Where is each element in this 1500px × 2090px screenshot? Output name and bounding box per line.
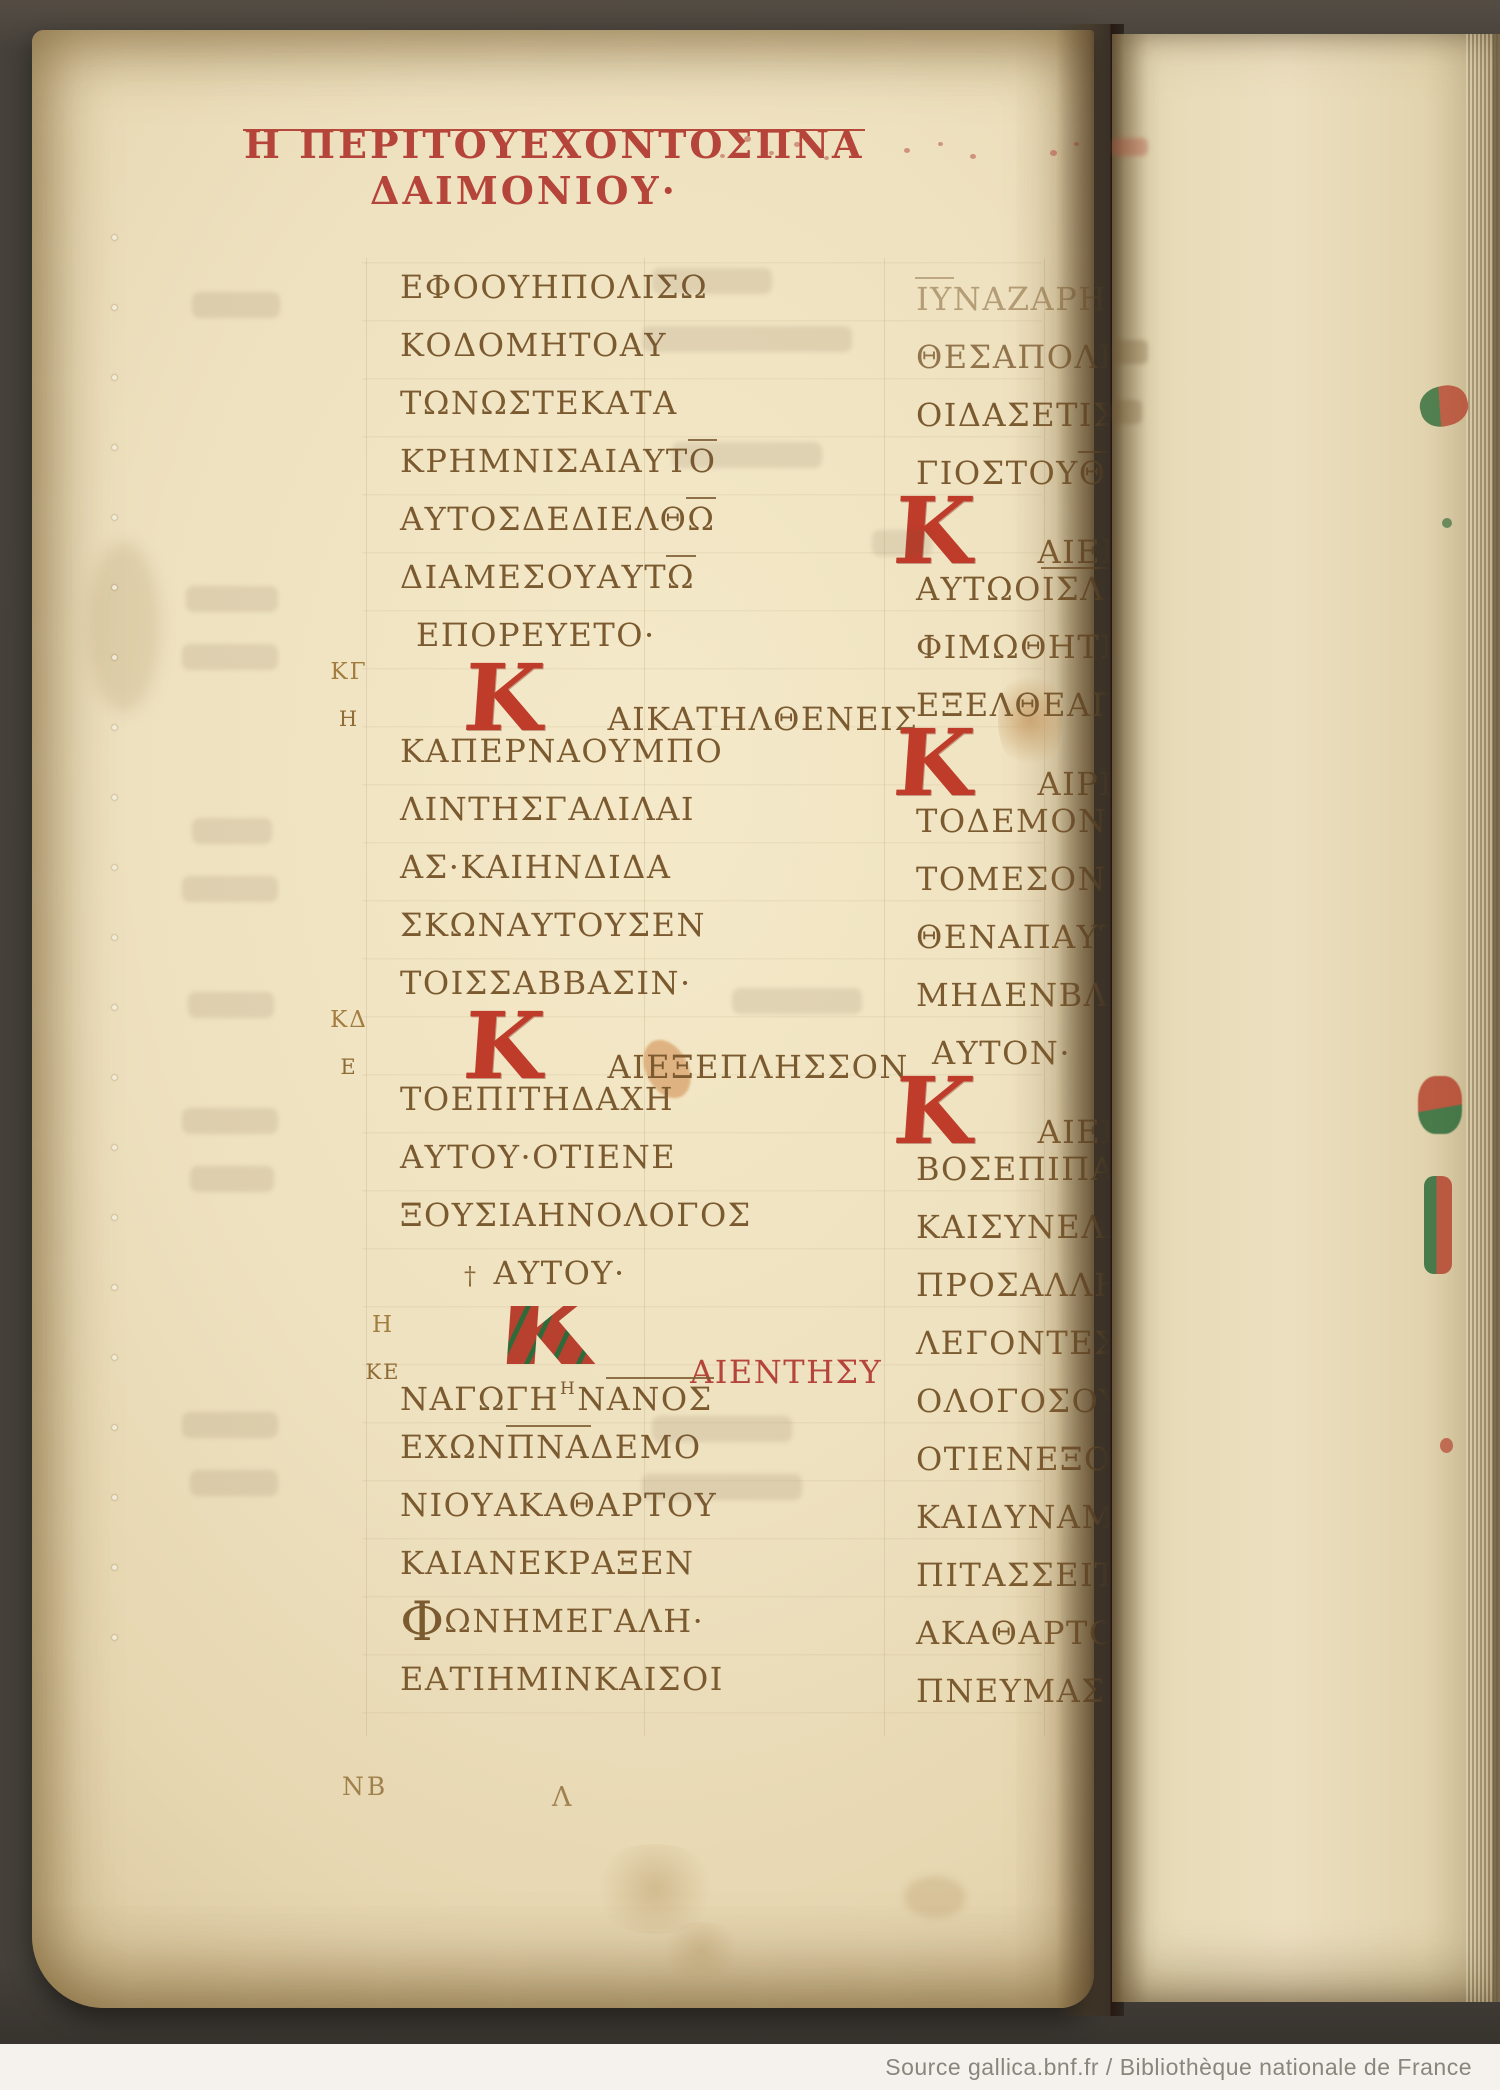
- text-run: Ο: [453, 258, 481, 316]
- chapter-initial: Κ: [892, 734, 978, 792]
- text-run: ΤΩΝΩΣΤΕΚΑΤΑ: [400, 374, 678, 432]
- ornament-bleed-mark: [1440, 1438, 1453, 1453]
- pricking-hole: [112, 515, 117, 520]
- pricking-hole: [112, 305, 117, 310]
- bleedthrough-ghost: [642, 1474, 802, 1500]
- bleedthrough-ghost: [182, 876, 278, 902]
- text-run: ΤΟΕΠΙΤΗΔΑΧΗ: [400, 1070, 674, 1128]
- chapter-initial: Κ: [462, 669, 548, 727]
- bleedthrough-ghost: [1112, 138, 1148, 156]
- manuscript-text-line: ΔΙΑΜΕΣΟΥΑΥΤΩ: [400, 548, 918, 606]
- text-run: ΑΥΤΩΟ: [916, 560, 1042, 618]
- text-run: Η: [560, 1360, 576, 1418]
- pricking-hole: [112, 235, 117, 240]
- facing-page-edge: [1112, 34, 1500, 2002]
- pricking-hole: [112, 1495, 117, 1500]
- manuscript-text-line: ΤΟΕΠΙΤΗΔΑΧΗ: [400, 1070, 918, 1128]
- bleedthrough-ghost: [642, 326, 852, 352]
- rubric-bleed-speck: [970, 154, 976, 159]
- ornament-bleed-mark: [1424, 1176, 1452, 1274]
- quire-signature: ΝΒ: [342, 1772, 388, 1801]
- text-run: ΑΥΤΟΣΔΕΔΙΕΛΘ: [400, 490, 687, 548]
- text-run: ΠΝΑ: [755, 122, 864, 167]
- bleedthrough-ghost: [872, 530, 932, 556]
- text-run: ΠΝΑ: [507, 1418, 591, 1476]
- pricking-hole: [112, 1215, 117, 1220]
- chapter-initial: Κ: [486, 1306, 620, 1364]
- bleedthrough-ghost: [732, 988, 862, 1014]
- text-run: ΕΑΤΙΗΜΙΝΚΑΙΣΟΙ: [400, 1650, 724, 1708]
- text-run: Ω: [687, 490, 715, 548]
- digitized-manuscript-photo: Η ΠΕΡΙΤΟΥΕΧΟΝΤΟΣΠΝΑ ΔΑΙΜΟΝΙΟΥ· ΕΦΟΟΥΗΠΟΛ…: [0, 0, 1500, 2090]
- ruling-vertical: [366, 258, 367, 1736]
- parchment-stain: [904, 1876, 966, 1918]
- text-run: ΔΙΑΜΕΣΟΥΑΥΤ: [400, 548, 667, 606]
- pricking-hole: [112, 585, 117, 590]
- bleedthrough-ghost: [182, 1108, 278, 1134]
- bleedthrough-ghost: [1112, 400, 1142, 424]
- text-run: ΚΑΙΑΝΕΚΡΑΞΕΝ: [400, 1534, 695, 1592]
- pricking-hole: [112, 655, 117, 660]
- pricking-hole: [112, 1005, 117, 1010]
- manuscript-text-line: ΣΚΩΝΑΥΤΟΥΣΕΝ: [400, 896, 918, 954]
- pricking-hole: [112, 1565, 117, 1570]
- bleedthrough-ghost: [672, 442, 822, 468]
- manuscript-text-line: ΑΥΤΟΣΔΕΔΙΕΛΘΩ: [400, 490, 918, 548]
- ornament-bleed-mark: [1442, 518, 1452, 528]
- parchment-stain: [658, 1922, 744, 1980]
- pricking-hole: [112, 1635, 117, 1640]
- rubric-bleed-speck: [692, 142, 698, 147]
- rubric-bleed-speck: [904, 148, 910, 153]
- text-run: Φ: [400, 1593, 444, 1651]
- bleedthrough-ghost: [652, 1416, 792, 1442]
- bleedthrough-ghost: [190, 1166, 274, 1192]
- chapter-number-margin: ΚΓΗ: [306, 660, 392, 732]
- rubric-bleed-speck: [938, 142, 943, 146]
- quire-signature: Λ: [552, 1782, 575, 1813]
- pricking-hole: [112, 865, 117, 870]
- bleedthrough-ghost: [192, 818, 272, 844]
- manuscript-text-line: ΚΑΙΑΝΕΚΡΑΞΕΝ: [400, 1534, 918, 1592]
- fore-edge-shadow: [1493, 34, 1500, 2002]
- pricking-hole: [112, 1075, 117, 1080]
- text-run: ΑΣ·ΚΑΙΗΝΔΙΔΑ: [400, 838, 671, 896]
- bleedthrough-ghost: [188, 992, 274, 1018]
- manuscript-page: Η ΠΕΡΙΤΟΥΕΧΟΝΤΟΣΠΝΑ ΔΑΙΜΟΝΙΟΥ· ΕΦΟΟΥΗΠΟΛ…: [32, 30, 1094, 2008]
- manuscript-text-line: ΛΙΝΤΗΣΓΑΛΙΛΑΙ: [400, 780, 918, 838]
- bleedthrough-ghost: [190, 1470, 278, 1496]
- text-run: ΚΡΗΜΝΙΣΑΙΑΥΤ: [400, 432, 689, 490]
- text-run: ΚΑΠΕΡΝΑΟΥΜΠΟ: [400, 722, 723, 780]
- bleedthrough-ghost: [186, 586, 278, 612]
- pricking-hole: [112, 445, 117, 450]
- rubric-bleed-speck: [769, 151, 774, 155]
- text-run: ΑΥΤΟΥ·ΟΤΙΕΝΕ: [400, 1128, 676, 1186]
- text-run: ΕΧΩΝ: [400, 1418, 507, 1476]
- rubric-title-line1: Η ΠΕΡΙΤΟΥΕΧΟΝΤΟΣΠΝΑ: [244, 122, 864, 167]
- rubric-bleed-speck: [720, 154, 725, 158]
- rubric-bleed-speck: [744, 136, 751, 142]
- text-run: ΣΚΩΝΑΥΤΟΥΣΕΝ: [400, 896, 706, 954]
- manuscript-text-line: ΚΑΠΕΡΝΑΟΥΜΠΟ: [400, 722, 918, 780]
- manuscript-text-line: ΑΥΤΟΥ·ΟΤΙΕΝΕ: [400, 1128, 918, 1186]
- chapter-initial: Κ: [892, 1082, 978, 1140]
- bleedthrough-ghost: [182, 1412, 278, 1438]
- chapter-number-margin: ΚΔΕ: [306, 1008, 392, 1080]
- chapter-initial: Κ: [462, 1017, 548, 1075]
- bleedthrough-ghost: [1114, 340, 1148, 364]
- pricking-hole: [112, 795, 117, 800]
- source-credit: Source gallica.bnf.fr / Bibliothèque nat…: [885, 2044, 1472, 2090]
- pricking-hole: [112, 1355, 117, 1360]
- source-bar: Source gallica.bnf.fr / Bibliothèque nat…: [0, 2044, 1500, 2090]
- manuscript-text-line: ΗΚΕΚΑΙΕΝΤΗΣΥ: [400, 1302, 918, 1360]
- pricking-hole: [112, 375, 117, 380]
- pricking-hole: [112, 1425, 117, 1430]
- manuscript-text-line: ΕΑΤΙΗΜΙΝΚΑΙΣΟΙ: [400, 1650, 918, 1708]
- pricking-hole: [112, 935, 117, 940]
- manuscript-text-line: ΝΑΓΩΓΗΗΝΑΝΟΣ: [400, 1360, 918, 1418]
- ornament-bleed-mark: [1416, 381, 1472, 431]
- manuscript-text-line: ΚΓΗΚΑΙΚΑΤΗΛΘΕΝΕΙΣ: [400, 664, 918, 722]
- manuscript-text-line: ΤΩΝΩΣΤΕΚΑΤΑ: [400, 374, 918, 432]
- text-run: ΛΙΝΤΗΣΓΑΛΙΛΑΙ: [400, 780, 695, 838]
- text-run: ΕΦ: [400, 258, 453, 316]
- pricking-hole: [112, 1145, 117, 1150]
- ornament-bleed-mark: [1418, 1076, 1462, 1134]
- paragraph-cross-mark: †: [464, 1247, 478, 1305]
- rubric-bleed-speck: [824, 156, 829, 160]
- manuscript-text-line: ΚΡΗΜΝΙΣΑΙΑΥΤΟ: [400, 432, 918, 490]
- text-run: ΞΟΥΣΙΑΗΝΟΛΟΓΟΣ: [400, 1186, 752, 1244]
- bleedthrough-ghost: [182, 644, 278, 670]
- parchment-stain: [588, 1844, 722, 1934]
- text-run: ΩΝΗΜΕΓΑΛΗ·: [444, 1592, 704, 1650]
- pricking-hole: [112, 1285, 117, 1290]
- text-run: ΚΟΔΟΜΗΤΟΑΥ: [400, 316, 667, 374]
- text-run: ΙΥ: [916, 270, 953, 328]
- bleedthrough-ghost: [192, 292, 280, 318]
- parchment-stain: [88, 542, 160, 712]
- manuscript-text-line: ΦΩΝΗΜΕΓΑΛΗ·: [400, 1592, 918, 1650]
- manuscript-text-line: †ΑΥΤΟΥ·: [400, 1244, 918, 1302]
- rubric-bleed-speck: [794, 142, 800, 147]
- manuscript-text-line: ΚΔΕΚΑΙΕΞΕΠΛΗΣΣΟΝ: [400, 1012, 918, 1070]
- bleedthrough-ghost: [652, 268, 772, 294]
- manuscript-text-line: ΑΣ·ΚΑΙΗΝΔΙΔΑ: [400, 838, 918, 896]
- text-run: Ω: [667, 548, 695, 606]
- manuscript-text-line: ΞΟΥΣΙΑΗΝΟΛΟΓΟΣ: [400, 1186, 918, 1244]
- pricking-hole: [112, 725, 117, 730]
- rubric-title-line2: ΔΑΙΜΟΝΙΟΥ·: [370, 168, 678, 213]
